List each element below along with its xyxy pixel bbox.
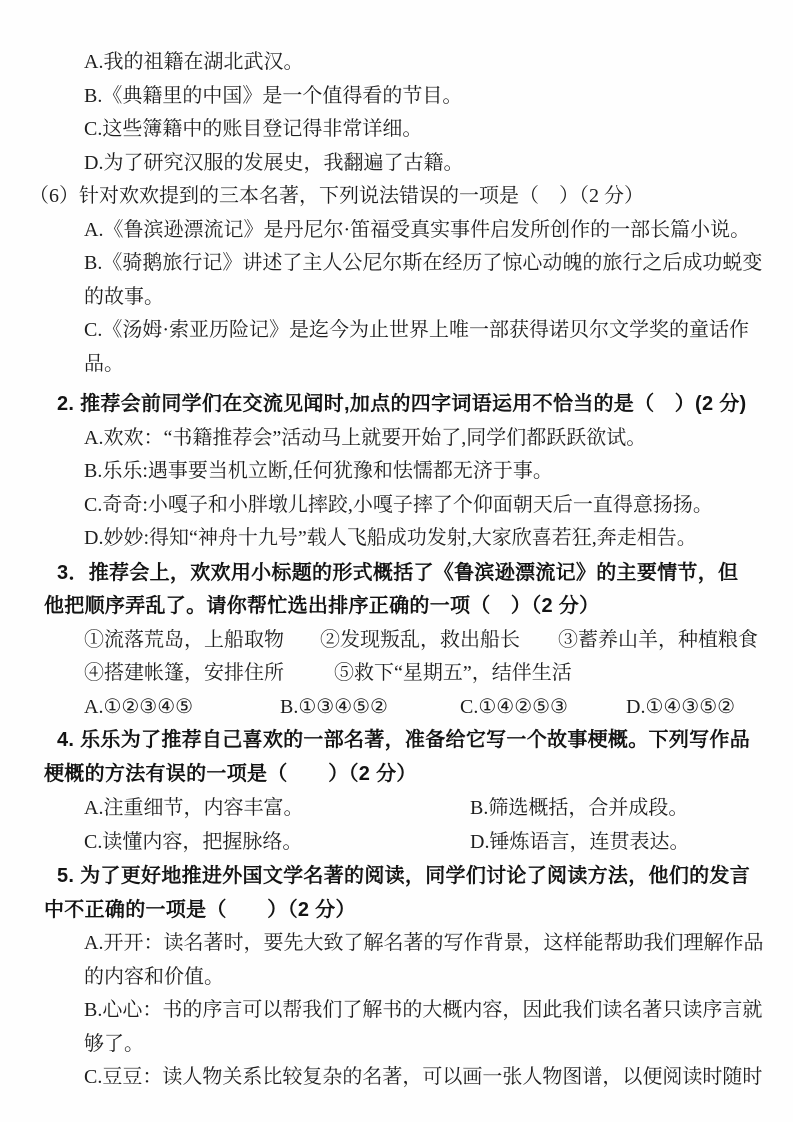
q3-option-b: B.①③④⑤② [280,691,460,725]
q1-option-b: B.《典籍里的中国》是一个值得看的节目。 [0,80,793,114]
q4-prompt-line1: 4. 乐乐为了推荐自己喜欢的一部名著，准备给它写一个故事梗概。下列写作品 [0,724,793,758]
q1-option-a: A.我的祖籍在湖北武汉。 [0,46,793,80]
q5-prompt-line2: 中不正确的一项是（ ）（2 分） [0,894,793,928]
q3-item-1: ①流落荒岛，上船取物 [84,624,320,658]
q4-option-d: D.锤炼语言，连贯表达。 [470,826,689,860]
q3-prompt-line2: 他把顺序弄乱了。请你帮忙选出排序正确的一项（ ）（2 分） [0,590,793,624]
q3-option-a: A.①②③④⑤ [84,691,280,725]
q6-option-b-line1: B.《骑鹅旅行记》讲述了主人公尼尔斯在经历了惊心动魄的旅行之后成功蜕变 [0,247,793,281]
q6-prompt: （6）针对欢欢提到的三本名著，下列说法错误的一项是（ ）（2 分） [0,180,793,214]
q4-options-row2: C.读懂内容，把握脉络。 D.锤炼语言，连贯表达。 [0,826,793,860]
q5-option-b-line2: 够了。 [0,1028,793,1062]
q3-item-3: ③蓄养山羊，种植粮食 [558,624,758,658]
q5-option-a-line1: A.开开：读名著时，要先大致了解名著的写作背景，这样能帮助我们理解作品 [0,927,793,961]
q2-option-b: B.乐乐:遇事要当机立断,任何犹豫和怯懦都无济于事。 [0,455,793,489]
q6-option-a: A.《鲁滨逊漂流记》是丹尼尔·笛福受真实事件启发所创作的一部长篇小说。 [0,214,793,248]
q2-option-d: D.妙妙:得知“神舟十九号”载人飞船成功发射,大家欣喜若狂,奔走相告。 [0,522,793,556]
q3-item-4: ④搭建帐篷，安排住所 [84,657,334,691]
q3-item-2: ②发现叛乱，救出船长 [320,624,558,658]
q6-option-b-line2: 的故事。 [0,281,793,315]
q4-prompt-line2: 梗概的方法有误的一项是（ ）（2 分） [0,758,793,792]
q3-items-row1: ①流落荒岛，上船取物 ②发现叛乱，救出船长 ③蓄养山羊，种植粮食 [0,624,793,658]
q3-item-5: ⑤救下“星期五”，结伴生活 [334,657,572,691]
q4-option-a: A.注重细节，内容丰富。 [84,792,470,826]
q2-option-a: A.欢欢：“书籍推荐会”活动马上就要开始了,同学们都跃跃欲试。 [0,422,793,456]
q1-option-d: D.为了研究汉服的发展史，我翻遍了古籍。 [0,147,793,181]
q3-prompt-line1: 3．推荐会上，欢欢用小标题的形式概括了《鲁滨逊漂流记》的主要情节，但 [0,557,793,591]
q5-prompt-line1: 5. 为了更好地推进外国文学名著的阅读，同学们讨论了阅读方法，他们的发言 [0,860,793,894]
q4-option-b: B.筛选概括，合并成段。 [470,792,688,826]
q2-prompt: 2. 推荐会前同学们在交流见闻时,加点的四字词语运用不恰当的是（ ）(2 分) [0,388,793,422]
q1-option-c: C.这些簿籍中的账目登记得非常详细。 [0,113,793,147]
q5-option-c-line1: C.豆豆：读人物关系比较复杂的名著，可以画一张人物图谱，以便阅读时随时 [0,1061,793,1095]
q3-option-d: D.①④③⑤② [626,691,735,725]
q2-option-c: C.奇奇:小嘎子和小胖墩儿摔跤,小嘎子摔了个仰面朝天后一直得意扬扬。 [0,489,793,523]
q3-items-row2: ④搭建帐篷，安排住所 ⑤救下“星期五”，结伴生活 [0,657,793,691]
q3-options-row: A.①②③④⑤ B.①③④⑤② C.①④②⑤③ D.①④③⑤② [0,691,793,725]
exam-paper-page: A.我的祖籍在湖北武汉。 B.《典籍里的中国》是一个值得看的节目。 C.这些簿籍… [0,0,793,1122]
q4-option-c: C.读懂内容，把握脉络。 [84,826,470,860]
q5-option-a-line2: 的内容和价值。 [0,961,793,995]
q5-option-b-line1: B.心心：书的序言可以帮我们了解书的大概内容，因此我们读名著只读序言就 [0,994,793,1028]
q6-option-c-line2: 品。 [0,348,793,382]
q4-options-row1: A.注重细节，内容丰富。 B.筛选概括，合并成段。 [0,792,793,826]
q6-option-c-line1: C.《汤姆·索亚历险记》是迄今为止世界上唯一部获得诺贝尔文学奖的童话作 [0,314,793,348]
q3-option-c: C.①④②⑤③ [460,691,626,725]
